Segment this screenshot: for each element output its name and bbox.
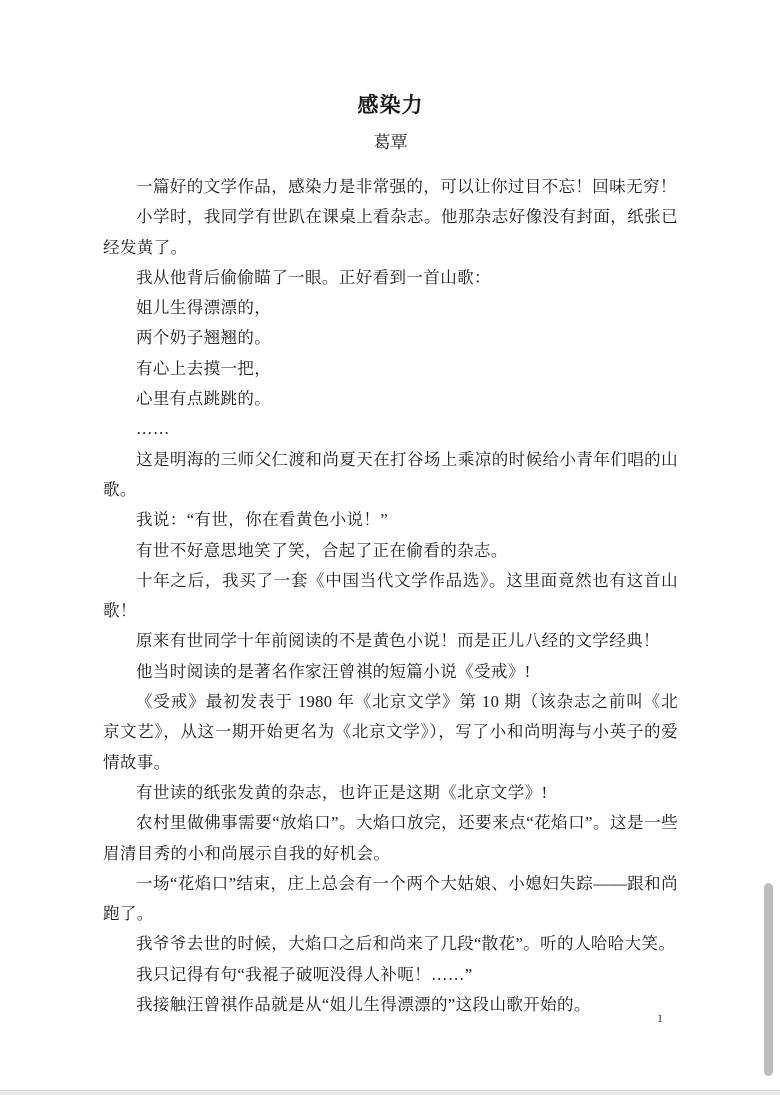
paragraph: 他当时阅读的是著名作家汪曾祺的短篇小说《受戒》! — [103, 657, 678, 687]
paragraph: 有世不好意思地笑了笑，合起了正在偷看的杂志。 — [103, 536, 678, 566]
paragraph-ellipsis: …… — [103, 414, 678, 444]
document-body: 一篇好的文学作品，感染力是非常强的，可以让你过目不忘！回味无穷！ 小学时，我同学… — [103, 172, 678, 1020]
paragraph-song-line: 有心上去摸一把， — [103, 354, 678, 384]
paragraph: 农村里做佛事需要“放焰口”。大焰口放完，还要来点“花焰口”。这是一些眉清目秀的小… — [103, 808, 678, 869]
document-page: 感染力 葛覃 一篇好的文学作品，感染力是非常强的，可以让你过目不忘！回味无穷！ … — [103, 90, 678, 1020]
paragraph: 小学时，我同学有世趴在课桌上看杂志。他那杂志好像没有封面，纸张已经发黄了。 — [103, 202, 678, 263]
paragraph: 我爷爷去世的时候，大焰口之后和尚来了几段“散花”。听的人哈哈大笑。 — [103, 929, 678, 959]
paragraph: 这是明海的三师父仁渡和尚夏天在打谷场上乘凉的时候给小青年们唱的山歌。 — [103, 445, 678, 506]
paragraph: 原来有世同学十年前阅读的不是黄色小说！而是正儿八经的文学经典！ — [103, 626, 678, 656]
paragraph: 我从他背后偷偷瞄了一眼。正好看到一首山歌： — [103, 263, 678, 293]
paragraph: 有世读的纸张发黄的杂志，也许正是这期《北京文学》! — [103, 778, 678, 808]
paragraph: 我接触汪曾祺作品就是从“姐儿生得漂漂的”这段山歌开始的。 — [103, 990, 678, 1020]
paragraph: 《受戒》最初发表于 1980 年《北京文学》第 10 期（该杂志之前叫《北京文艺… — [103, 687, 678, 778]
paragraph-song-line: 心里有点跳跳的。 — [103, 384, 678, 414]
paragraph: 一篇好的文学作品，感染力是非常强的，可以让你过目不忘！回味无穷！ — [103, 172, 678, 202]
paragraph: 我只记得有句“我裩子破呃没得人补呃！……” — [103, 960, 678, 990]
document-title: 感染力 — [103, 90, 678, 121]
page-bottom-edge — [0, 1090, 780, 1095]
page-number: 1 — [648, 1010, 672, 1026]
paragraph-song-line: 两个奶子翘翘的。 — [103, 323, 678, 353]
paragraph: 一场“花焰口”结束，庄上总会有一个两个大姑娘、小媳妇失踪——跟和尚跑了。 — [103, 869, 678, 930]
paragraph-song-line: 姐儿生得漂漂的， — [103, 293, 678, 323]
document-author: 葛覃 — [103, 127, 678, 158]
document-viewer: 感染力 葛覃 一篇好的文学作品，感染力是非常强的，可以让你过目不忘！回味无穷！ … — [0, 0, 780, 1095]
paragraph: 我说：“有世，你在看黄色小说！” — [103, 505, 678, 535]
paragraph: 十年之后，我买了一套《中国当代文学作品选》。这里面竟然也有这首山歌！ — [103, 566, 678, 627]
vertical-scrollbar-thumb[interactable] — [764, 883, 773, 1076]
